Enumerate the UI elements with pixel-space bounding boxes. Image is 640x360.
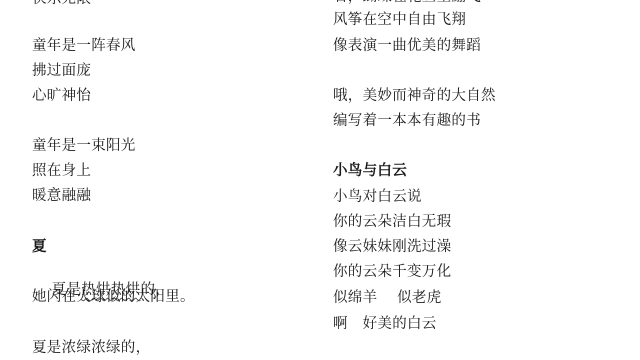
poem-line: 啊 好美的白云 [333, 315, 437, 333]
poem-line: 夏是热烘热烘的， [32, 263, 170, 281]
partial-line: 快乐无限 [32, 0, 91, 8]
poem-line: 小鸟对白云说 [333, 188, 422, 206]
poem-line: 编写着一本本有趣的书 [333, 112, 481, 130]
poem-line: 像云妹妹刚洗过澡 [333, 238, 451, 256]
poem-line: 你的云朵千变万化 [333, 263, 451, 281]
poem-line: 她闪在火球似的太阳里。 [32, 288, 195, 306]
poem-line: 夏是浓绿浓绿的， [32, 339, 150, 357]
section-heading-bird-and-cloud: 小鸟与白云 [333, 162, 407, 180]
poem-line: 心旷神怡 [32, 87, 91, 105]
poem-line: 哦，美妙而神奇的大自然 [333, 87, 496, 105]
poem-line: 拂过面庞 [32, 62, 91, 80]
poem-line: 像表演一曲优美的舞蹈 [333, 37, 481, 55]
section-heading-summer: 夏 [32, 238, 47, 256]
poem-line: 童年是一束阳光 [32, 137, 136, 155]
poem-line: 暖意融融 [32, 187, 91, 205]
poem-line: 风筝在空中自由飞翔 [333, 11, 466, 29]
poem-line: 你的云朵洁白无瑕 [333, 213, 451, 231]
partial-line: 看，蝴蝶在花丛里翩飞 [333, 0, 481, 6]
poem-line: 照在身上 [32, 162, 91, 180]
poem-line: 童年是一阵春风 [32, 37, 136, 55]
poem-line: 似绵羊 似老虎 [333, 289, 442, 307]
